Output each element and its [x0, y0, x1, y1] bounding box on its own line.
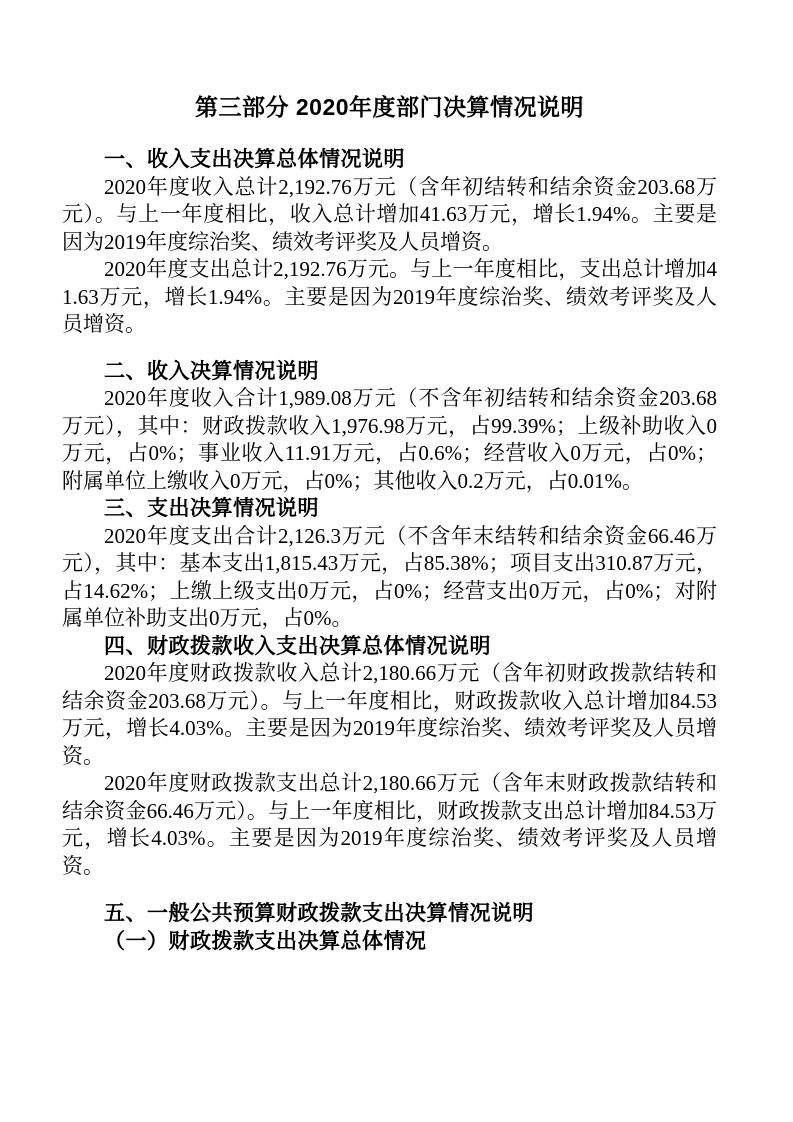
section-4-paragraph-1: 2020年度财政拨款收入总计2,180.66万元（含年初财政拨款结转和结余资金2…	[62, 660, 717, 770]
section-expenditure-details: 三、支出决算情况说明 2020年度支出合计2,126.3万元（不含年末结转和结余…	[62, 495, 717, 633]
section-income-details: 二、收入决算情况说明 2020年度收入合计1,989.08万元（不含年初结转和结…	[62, 358, 717, 496]
section-fiscal-appropriation-overview: 四、财政拨款收入支出决算总体情况说明 2020年度财政拨款收入总计2,180.6…	[62, 633, 717, 881]
section-3-paragraph-1: 2020年度支出合计2,126.3万元（不含年末结转和结余资金66.46万元），…	[62, 523, 717, 633]
document-page: 第三部分 2020年度部门决算情况说明 一、收入支出决算总体情况说明 2020年…	[0, 0, 793, 1122]
section-5-subheading: （一）财政拨款支出决算总体情况	[62, 928, 717, 956]
section-3-heading: 三、支出决算情况说明	[62, 495, 717, 523]
section-4-paragraph-2: 2020年度财政拨款支出总计2,180.66万元（含年末财政拨款结转和结余资金6…	[62, 770, 717, 880]
section-1-paragraph-2: 2020年度支出总计2,192.76万元。与上一年度相比，支出总计增加41.63…	[62, 256, 717, 339]
section-public-budget-expenditure: 五、一般公共预算财政拨款支出决算情况说明 （一）财政拨款支出决算总体情况	[62, 900, 717, 955]
section-2-heading: 二、收入决算情况说明	[62, 358, 717, 386]
section-1-heading: 一、收入支出决算总体情况说明	[62, 146, 717, 174]
section-4-heading: 四、财政拨款收入支出决算总体情况说明	[62, 633, 717, 661]
section-5-heading: 五、一般公共预算财政拨款支出决算情况说明	[62, 900, 717, 928]
section-2-paragraph-1: 2020年度收入合计1,989.08万元（不含年初结转和结余资金203.68万元…	[62, 385, 717, 495]
section-1-paragraph-1: 2020年度收入总计2,192.76万元（含年初结转和结余资金203.68万元）…	[62, 174, 717, 257]
document-title: 第三部分 2020年度部门决算情况说明	[62, 92, 717, 122]
section-income-expenditure-overview: 一、收入支出决算总体情况说明 2020年度收入总计2,192.76万元（含年初结…	[62, 146, 717, 339]
